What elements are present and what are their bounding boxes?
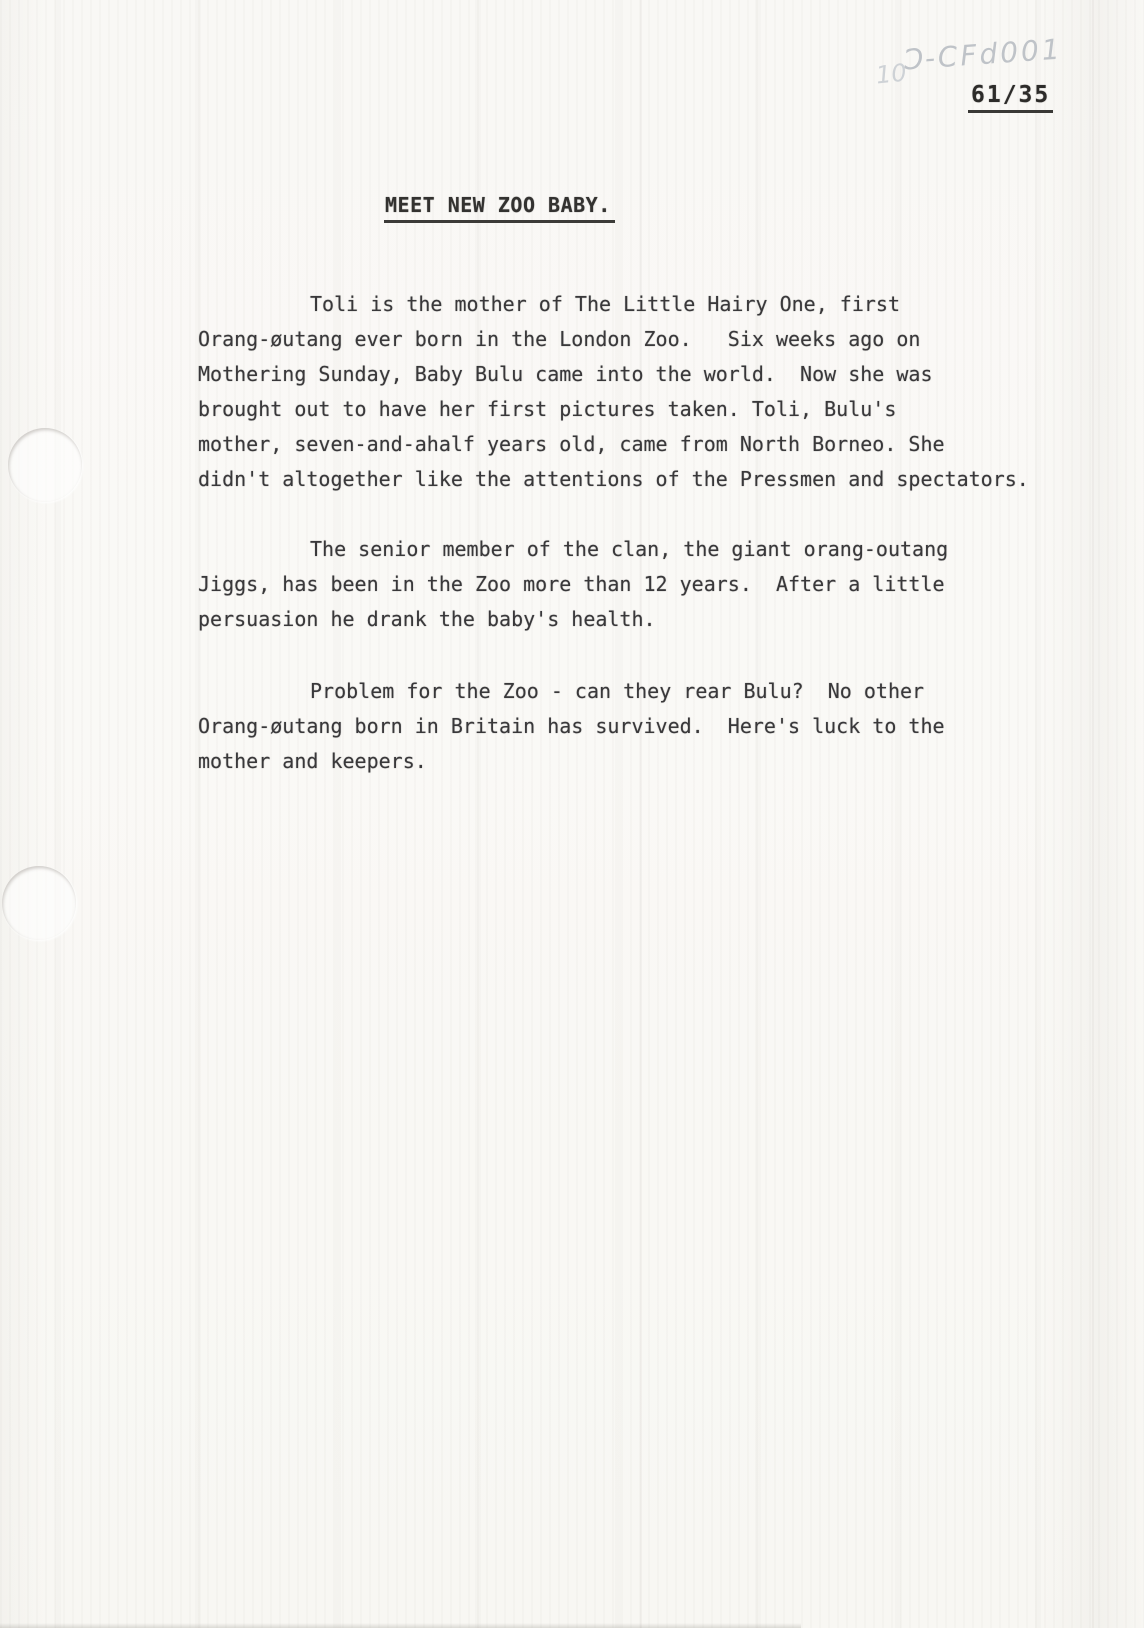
pencil-bleed-through-mark: Ɔ-CFd001 — [901, 32, 1064, 76]
reference-number: 61/35 — [968, 82, 1053, 113]
punch-hole-embossing — [8, 428, 82, 502]
punch-hole-embossing — [2, 866, 76, 940]
typed-line: brought out to have her first pictures t… — [198, 392, 1058, 427]
typed-line: mother, seven-and-ahalf years old, came … — [198, 427, 1058, 462]
document-page: Ɔ-CFd001 10 61/35 MEET NEW ZOO BABY. Tol… — [0, 0, 1144, 1628]
paper-fold-line — [1092, 0, 1094, 1628]
paper-fold-line — [640, 0, 642, 1628]
typed-line: Jiggs, has been in the Zoo more than 12 … — [198, 567, 1058, 602]
pencil-bleed-through-fragment: 10 — [875, 58, 908, 89]
typed-line: Toli is the mother of The Little Hairy O… — [198, 287, 1058, 322]
typed-line: didn't altogether like the attentions of… — [198, 462, 1058, 497]
typed-line: The senior member of the clan, the giant… — [198, 532, 1058, 567]
typed-line: Problem for the Zoo - can they rear Bulu… — [198, 674, 1058, 709]
paragraph-1: Toli is the mother of The Little Hairy O… — [198, 287, 1058, 497]
typed-line: persuasion he drank the baby's health. — [198, 602, 1058, 637]
typed-line: Orang-øutang born in Britain has survive… — [198, 709, 1058, 744]
typed-line: Orang-øutang ever born in the London Zoo… — [198, 322, 1058, 357]
typed-line: mother and keepers. — [198, 744, 1058, 779]
typed-line: Mothering Sunday, Baby Bulu came into th… — [198, 357, 1058, 392]
paragraph-2: The senior member of the clan, the giant… — [198, 532, 1058, 637]
document-title: MEET NEW ZOO BABY. — [384, 193, 615, 223]
paragraph-3: Problem for the Zoo - can they rear Bulu… — [198, 674, 1058, 779]
